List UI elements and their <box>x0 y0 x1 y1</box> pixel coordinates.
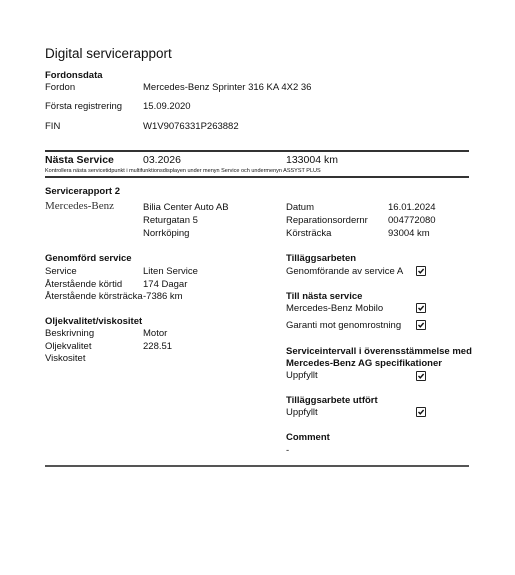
order-label: Reparationsordernr <box>286 215 368 226</box>
checkbox-checked-icon <box>416 407 426 417</box>
remaining-time-label: Återstående körtid <box>45 279 122 290</box>
page-title: Digital servicerapport <box>45 46 172 61</box>
additional-work-item: Genomförande av service A <box>286 266 403 277</box>
mobilo-item: Mercedes-Benz Mobilo <box>286 303 383 314</box>
first-registration-label: Första registrering <box>45 101 122 112</box>
checkbox-checked-icon <box>416 371 426 381</box>
oil-quality-value: 228.51 <box>143 341 172 352</box>
checkbox-checked-icon <box>416 266 426 276</box>
dealer-street: Returgatan 5 <box>143 215 198 226</box>
date-value: 16.01.2024 <box>388 202 436 213</box>
checkbox-checked-icon <box>416 320 426 330</box>
additional-done-fulfilled: Uppfyllt <box>286 407 318 418</box>
interval-heading-line1: Serviceintervall i överensstämmelse med <box>286 346 472 357</box>
next-service-label: Nästa Service <box>45 154 114 166</box>
next-service-items-heading: Till nästa service <box>286 291 362 302</box>
fin-label: FIN <box>45 121 60 132</box>
report-heading: Servicerapport 2 <box>45 186 120 197</box>
interval-fulfilled: Uppfyllt <box>286 370 318 381</box>
remaining-distance-value: -7386 km <box>143 291 183 302</box>
comment-heading: Comment <box>286 432 330 443</box>
mileage-value: 93004 km <box>388 228 430 239</box>
vehicle-label: Fordon <box>45 82 75 93</box>
divider <box>45 150 469 152</box>
comment-value: - <box>286 445 289 456</box>
oil-heading: Oljekvalitet/viskositet <box>45 316 142 327</box>
service-value: Liten Service <box>143 266 198 277</box>
date-label: Datum <box>286 202 314 213</box>
oil-description-value: Motor <box>143 328 167 339</box>
performed-service-heading: Genomförd service <box>45 253 132 264</box>
viscosity-label: Viskositet <box>45 353 85 364</box>
remaining-distance-label: Återstående körsträcka <box>45 291 143 302</box>
remaining-time-value: 174 Dagar <box>143 279 187 290</box>
vehicle-heading: Fordonsdata <box>45 70 103 81</box>
divider <box>45 465 469 467</box>
checkbox-checked-icon <box>416 303 426 313</box>
mileage-label: Körsträcka <box>286 228 331 239</box>
first-registration-value: 15.09.2020 <box>143 101 191 112</box>
next-service-note: Kontrollera nästa servicetidpunkt i mult… <box>45 168 321 174</box>
next-service-mileage: 133004 km <box>286 154 338 166</box>
vehicle-value: Mercedes-Benz Sprinter 316 KA 4X2 36 <box>143 82 311 93</box>
order-value: 004772080 <box>388 215 436 226</box>
additional-work-heading: Tilläggsarbeten <box>286 253 356 264</box>
rust-warranty-item: Garanti mot genomrostning <box>286 320 401 331</box>
additional-done-heading: Tilläggsarbete utfört <box>286 395 378 406</box>
divider <box>45 176 469 178</box>
oil-quality-label: Oljekvalitet <box>45 341 91 352</box>
service-label: Service <box>45 266 77 277</box>
interval-heading-line2: Mercedes-Benz AG specifikationer <box>286 358 442 369</box>
fin-value: W1V9076331P263882 <box>143 121 239 132</box>
dealer-name: Bilia Center Auto AB <box>143 202 229 213</box>
next-service-date: 03.2026 <box>143 154 181 166</box>
dealer-city: Norrköping <box>143 228 189 239</box>
brand-logo: Mercedes-Benz <box>45 200 114 212</box>
oil-description-label: Beskrivning <box>45 328 94 339</box>
